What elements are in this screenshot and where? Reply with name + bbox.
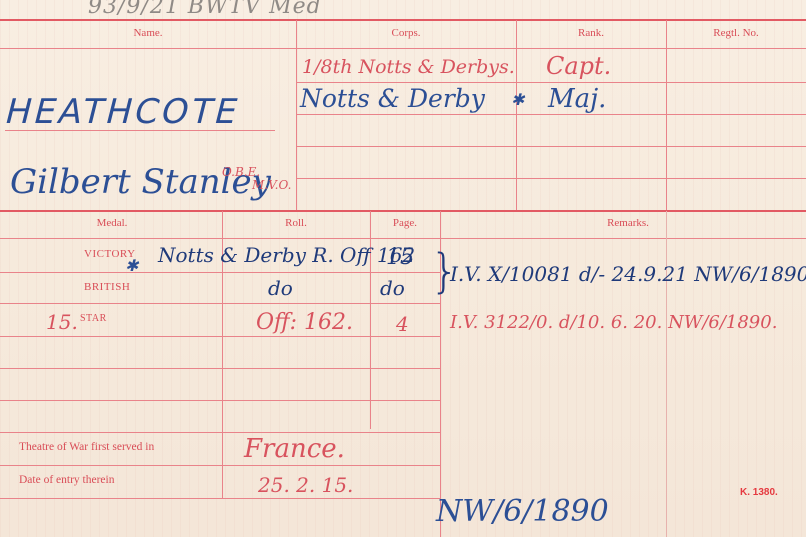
- medal-row-rule: [0, 336, 440, 337]
- corps-marker: ✱: [511, 90, 524, 109]
- section-rule: [0, 210, 806, 212]
- header-page: Page.: [393, 217, 417, 229]
- medal-row-rule: [0, 368, 440, 369]
- theatre-value: France.: [244, 434, 345, 464]
- page-star: 4: [396, 312, 409, 336]
- col-divider: [666, 211, 667, 537]
- form-code: K. 1380.: [740, 487, 778, 498]
- medal-index-card: 93/9/21 BWTV Med Name. Corps. Rank. Regt…: [0, 0, 806, 537]
- col-divider: [666, 20, 667, 210]
- footer-reference: NW/6/1890: [436, 494, 609, 529]
- corps-original: 1/8th Notts & Derbys.: [302, 56, 515, 78]
- remark-1: I.V. X/10081 d/- 24.9.21 NW/6/1890: [450, 262, 806, 286]
- header-name: Name.: [133, 27, 162, 39]
- medal-row-rule: [0, 432, 440, 433]
- medal-row-rule: [0, 400, 440, 401]
- pencil-note: 93/9/21 BWTV Med: [88, 0, 322, 19]
- header-remarks: Remarks.: [607, 217, 649, 229]
- remark-2: I.V. 3122/0. d/10. 6. 20. NW/6/1890.: [450, 312, 777, 333]
- row-rule: [296, 146, 806, 147]
- page-british: do: [380, 276, 405, 300]
- col-divider: [296, 20, 297, 210]
- medal-british: British: [84, 281, 130, 293]
- date-value: 25. 2. 15.: [258, 473, 353, 497]
- medal-header-rule: [0, 238, 806, 239]
- theatre-rule: [0, 465, 440, 466]
- row-rule: [296, 114, 806, 115]
- medal-row-rule: [0, 272, 440, 273]
- date-label: Date of entry therein: [19, 474, 114, 486]
- honour-obe: O.B.E.: [222, 165, 260, 179]
- medal-star: Star: [80, 313, 107, 324]
- roll-victory: Notts & Derby R. Off 162: [158, 243, 415, 267]
- date-rule: [0, 498, 440, 499]
- header-rank: Rank.: [578, 27, 604, 39]
- theatre-label: Theatre of War first served in: [19, 441, 154, 453]
- surname: HEATHCOTE: [1, 92, 245, 132]
- header-roll: Roll.: [285, 217, 307, 229]
- top-rule: [0, 19, 806, 21]
- col-divider: [516, 20, 517, 210]
- row-rule: [296, 178, 806, 179]
- header-rule: [0, 48, 806, 49]
- medal-marker: ✱: [125, 256, 138, 275]
- header-corps: Corps.: [391, 27, 420, 39]
- honour-mvo: M.V.O.: [252, 178, 291, 192]
- medal-row-rule: [0, 303, 440, 304]
- header-regt-no: Regtl. No.: [713, 27, 759, 39]
- rank-current: Maj.: [548, 84, 606, 114]
- star-prefix: 15.: [46, 310, 78, 334]
- roll-star: Off: 162.: [256, 310, 353, 335]
- row-rule: [296, 82, 806, 83]
- header-medal: Medal.: [97, 217, 128, 229]
- corps-current: Notts & Derby: [300, 84, 485, 113]
- rank-original: Capt.: [546, 52, 611, 80]
- roll-british: do: [268, 276, 293, 300]
- page-victory: 15: [386, 245, 414, 270]
